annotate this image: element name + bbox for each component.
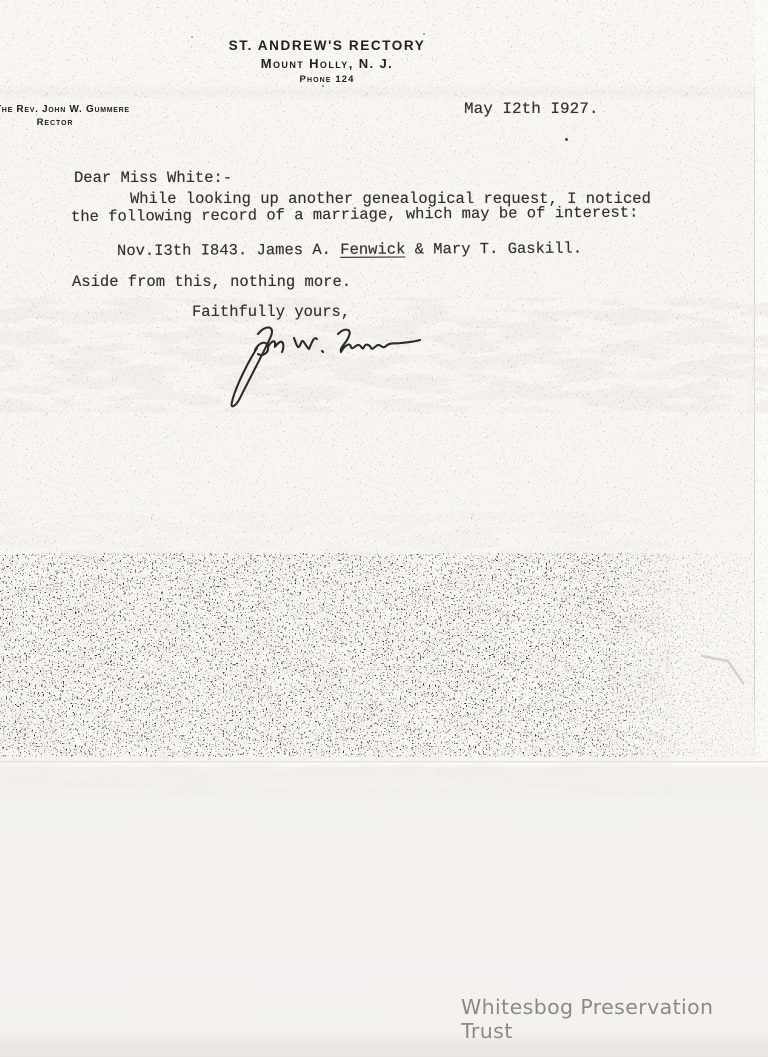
scanned-letter-page: ST. ANDREW'S RECTORY Mount Holly, N. J. … [0, 0, 768, 1057]
record-prefix: Nov.I3th I843. James A. [117, 241, 340, 260]
scratch-mark [695, 648, 755, 693]
ink-speck [565, 138, 568, 141]
scan-band-artifact [0, 84, 768, 101]
record-suffix: & Mary T. Gaskill. [405, 240, 582, 259]
letterhead-name: ST. ANDREW'S RECTORY [157, 38, 497, 53]
sender-block: The Rev. John W. Gummere Rector [0, 104, 175, 128]
ink-speck [191, 36, 193, 38]
signature-john-w-gummere [212, 318, 427, 413]
letter-date: May I2th I927. [464, 100, 598, 118]
paper-right-margin [755, 0, 768, 763]
ink-speck [423, 33, 425, 35]
record-underlined-name: Fenwick [340, 240, 405, 258]
ink-speck [322, 85, 324, 87]
sender-name: The Rev. John W. Gummere [0, 104, 175, 115]
letterhead: ST. ANDREW'S RECTORY Mount Holly, N. J. … [157, 38, 497, 85]
salutation: Dear Miss White:- [74, 169, 232, 187]
letterhead-phone: Phone 124 [157, 74, 497, 85]
watermark-credit: Whitesbog Preservation Trust [461, 995, 768, 1043]
marriage-record-line: Nov.I3th I843. James A. Fenwick & Mary T… [117, 240, 582, 260]
closing-line: Aside from this, nothing more. [72, 273, 351, 291]
sender-title: Rector [0, 117, 115, 128]
letterhead-location: Mount Holly, N. J. [157, 56, 497, 71]
